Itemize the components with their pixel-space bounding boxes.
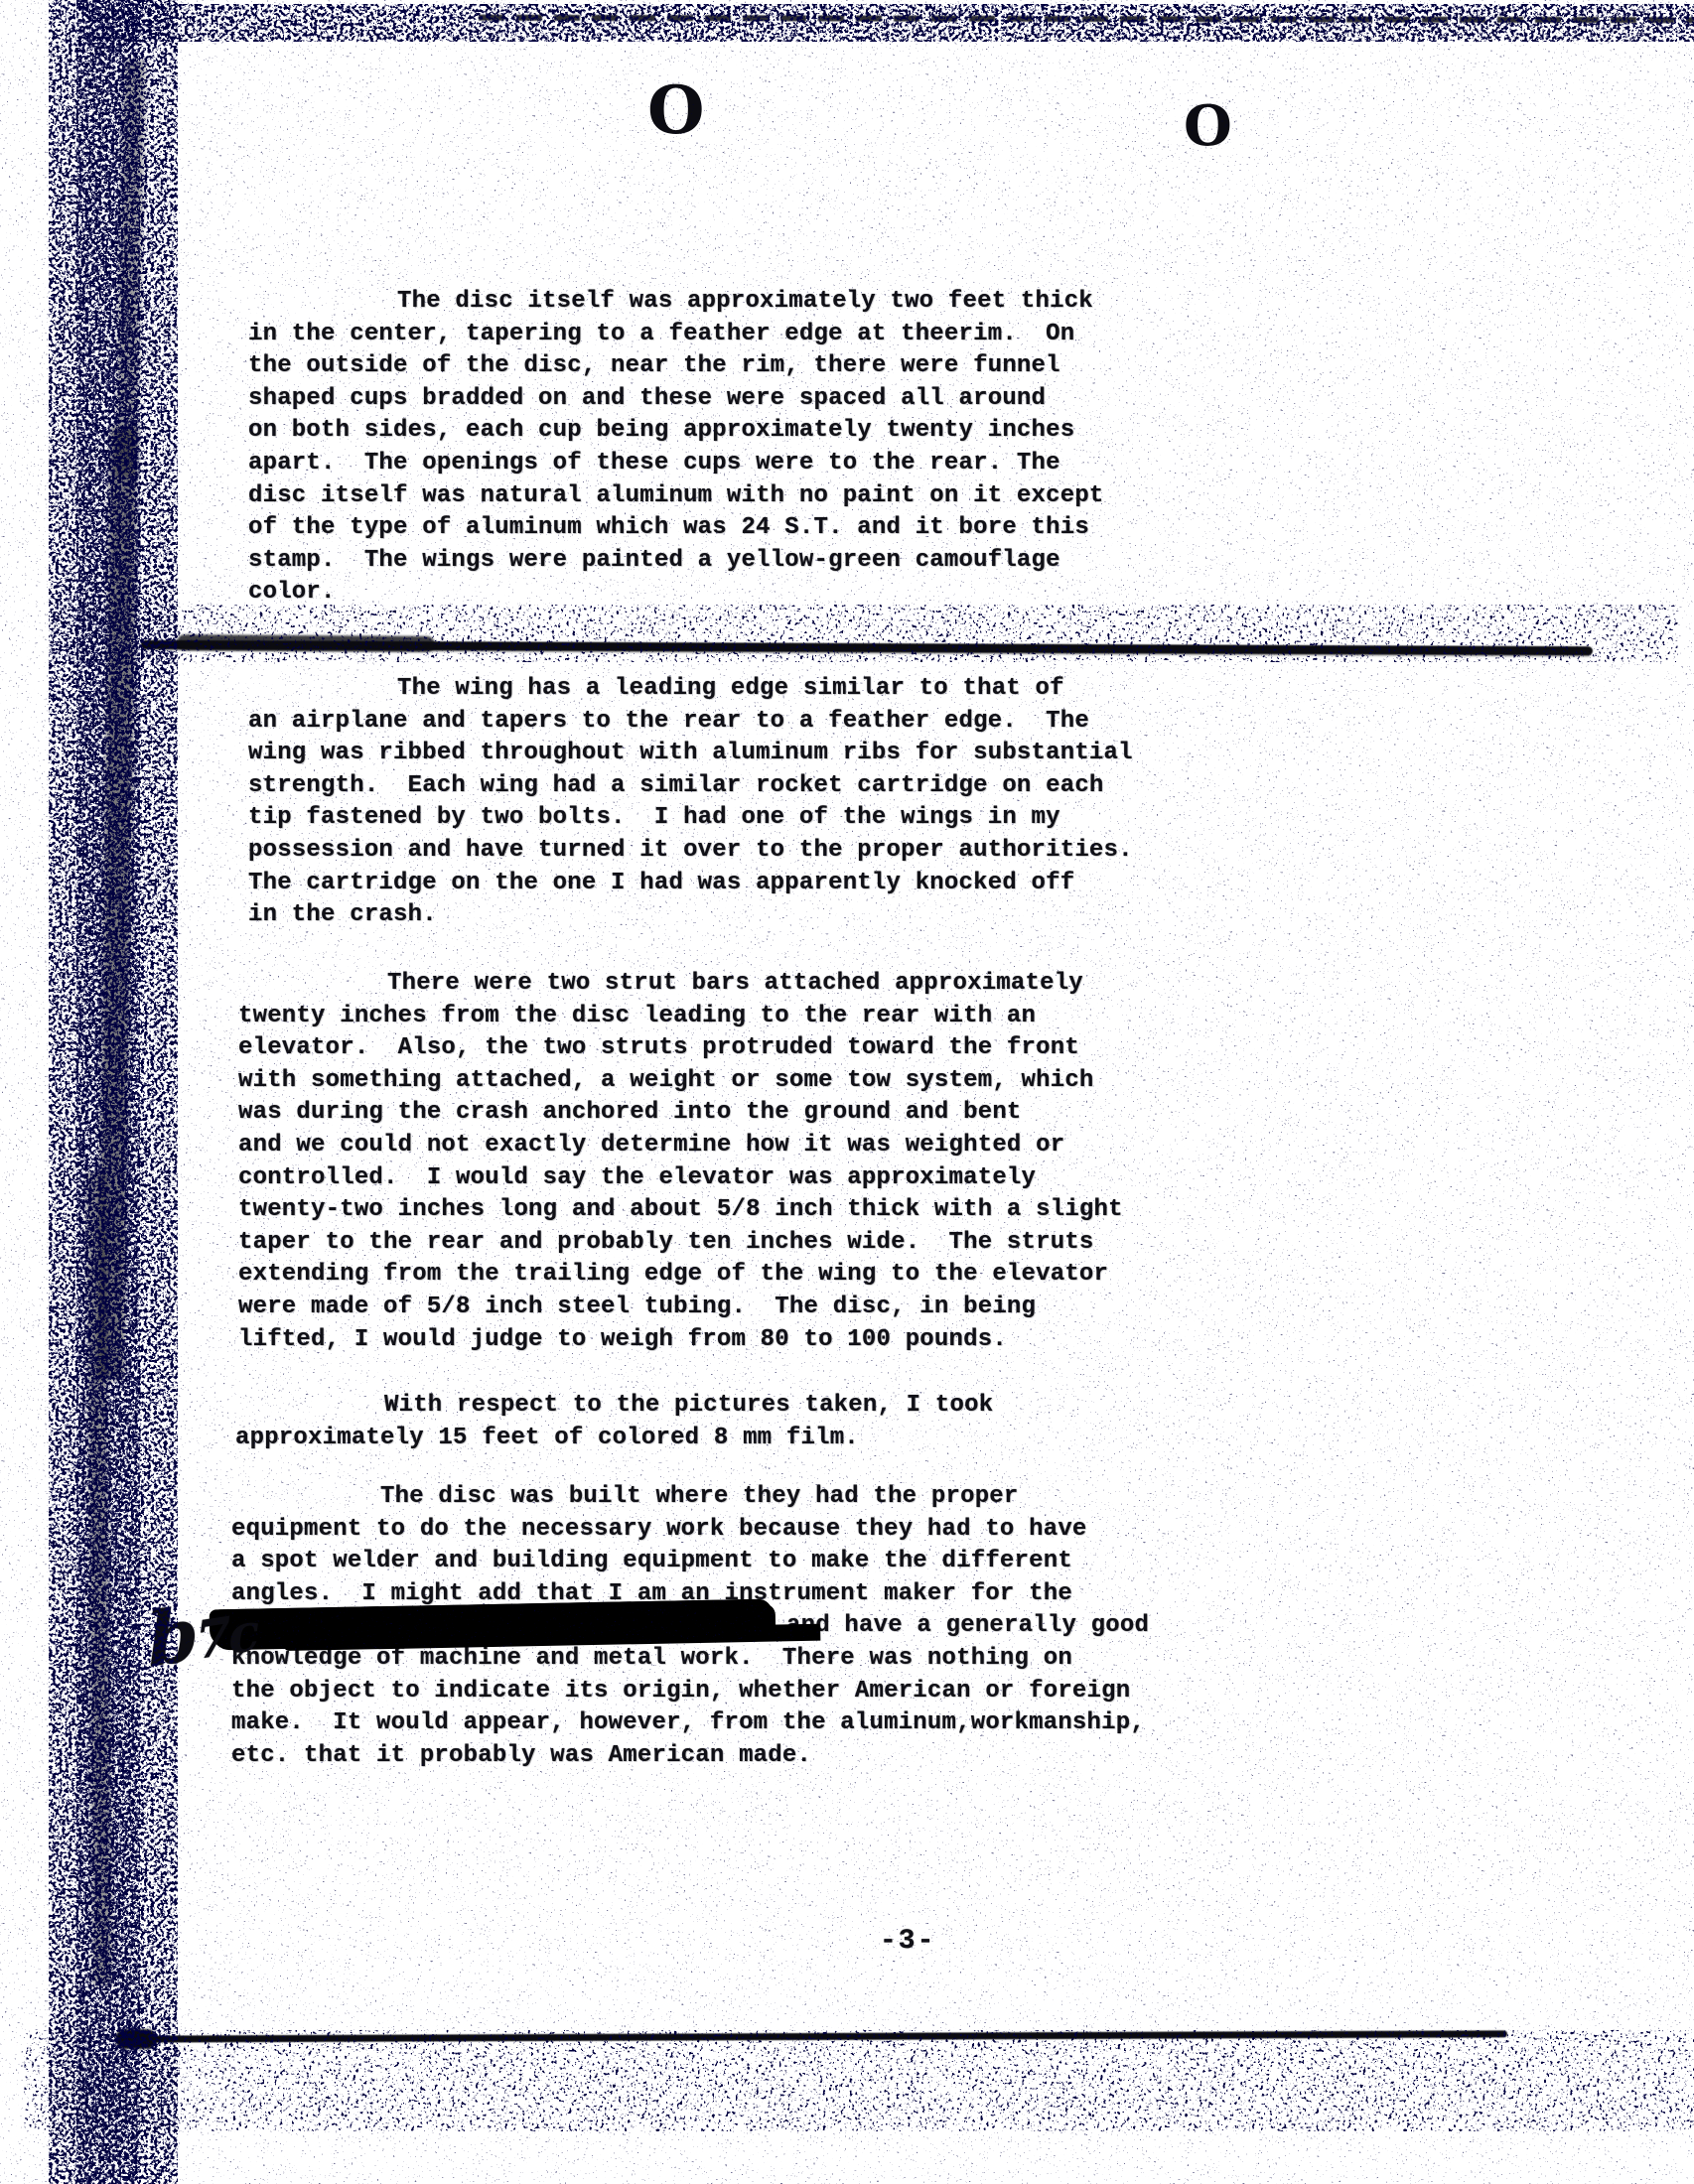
- text-line: make. It would appear, however, from the…: [231, 1707, 1149, 1740]
- text-line: With respect to the pictures taken, I to…: [235, 1390, 993, 1423]
- text-line: stamp. The wings were painted a yellow-g…: [248, 545, 1104, 578]
- text-line: in the crash.: [248, 899, 1133, 932]
- text-line: an airplane and tapers to the rear to a …: [248, 706, 1133, 739]
- text-line: and have a generally good: [786, 1610, 1149, 1643]
- text-line: possession and have turned it over to th…: [248, 835, 1133, 868]
- bottom-scan-line-end-blob: [115, 2029, 157, 2049]
- text-line: the object to indicate its origin, wheth…: [231, 1676, 1149, 1708]
- paragraph-5: The disc was built where they had the pr…: [231, 1481, 1149, 1772]
- left-binding-streak: [115, 60, 146, 477]
- text-line: was during the crash anchored into the g…: [238, 1097, 1123, 1130]
- text-line: elevator. Also, the two struts protruded…: [238, 1032, 1123, 1065]
- paragraph-2: The wing has a leading edge similar to t…: [248, 673, 1133, 932]
- left-binding-streak: [96, 427, 137, 1380]
- text-line: tip fastened by two bolts. I had one of …: [248, 802, 1133, 835]
- text-line: The wing has a leading edge similar to t…: [248, 673, 1133, 706]
- handwritten-b7c-annotation: b7c: [145, 1581, 258, 1685]
- text-line: were made of 5/8 inch steel tubing. The …: [238, 1292, 1123, 1324]
- mid-page-smudge-band: [124, 608, 1604, 659]
- text-line: and we could not exactly determine how i…: [238, 1130, 1123, 1162]
- text-line: The disc was built where they had the pr…: [231, 1481, 1149, 1514]
- redacted-text-line: and have a generally good: [231, 1610, 1149, 1643]
- text-line: The disc itself was approximately two fe…: [248, 286, 1104, 319]
- text-line: the outside of the disc, near the rim, t…: [248, 350, 1104, 383]
- text-line: in the center, tapering to a feather edg…: [248, 319, 1104, 351]
- text-line: etc. that it probably was American made.: [231, 1740, 1149, 1773]
- left-edge-scan-artifact-core: [79, 79, 137, 2105]
- paragraph-1: The disc itself was approximately two fe…: [248, 286, 1104, 610]
- text-line: equipment to do the necessary work becau…: [231, 1514, 1149, 1547]
- text-line: The cartridge on the one I had was appar…: [248, 868, 1133, 900]
- paragraph-3: There were two strut bars attached appro…: [238, 968, 1123, 1356]
- top-edge-scan-artifact: [164, 6, 1694, 40]
- text-line: taper to the rear and probably ten inche…: [238, 1227, 1123, 1260]
- text-line: shaped cups bradded on and these were sp…: [248, 383, 1104, 416]
- text-line: on both sides, each cup being approximat…: [248, 415, 1104, 448]
- text-line: strength. Each wing had a similar rocket…: [248, 770, 1133, 803]
- text-line: twenty-two inches long and about 5/8 inc…: [238, 1194, 1123, 1227]
- page-number: -3-: [880, 1926, 935, 1957]
- left-edge-scan-artifact: [55, 0, 172, 2129]
- text-line: There were two strut bars attached appro…: [238, 968, 1123, 1001]
- left-binding-streak: [85, 1171, 112, 1985]
- bottom-scan-line: [117, 2030, 1507, 2042]
- text-line: color.: [248, 577, 1104, 610]
- mid-page-smudge-blob: [177, 634, 435, 652]
- text-line: wing was ribbed throughout with aluminum…: [248, 738, 1133, 770]
- text-line: disc itself was natural aluminum with no…: [248, 480, 1104, 513]
- o-mark-right: O: [1184, 93, 1232, 159]
- text-line: a spot welder and building equipment to …: [231, 1546, 1149, 1578]
- top-edge-scan-line: [479, 15, 1694, 24]
- text-line: controlled. I would say the elevator was…: [238, 1162, 1123, 1195]
- bottom-edge-scan-artifact: [104, 2035, 1694, 2126]
- text-line: with something attached, a weight or som…: [238, 1065, 1123, 1098]
- text-line: apart. The openings of these cups were t…: [248, 448, 1104, 480]
- text-line: extending from the trailing edge of the …: [238, 1259, 1123, 1292]
- text-line: twenty inches from the disc leading to t…: [238, 1001, 1123, 1033]
- paragraph-4: With respect to the pictures taken, I to…: [235, 1390, 993, 1454]
- mid-page-smudge-line: [141, 640, 1593, 655]
- text-line: lifted, I would judge to weigh from 80 t…: [238, 1324, 1123, 1357]
- scanned-document-page: O O The disc itself was approximately tw…: [0, 0, 1694, 2184]
- text-line: of the type of aluminum which was 24 S.T…: [248, 512, 1104, 545]
- text-line: knowledge of machine and metal work. The…: [231, 1643, 1149, 1676]
- o-mark-left: O: [647, 71, 705, 149]
- text-line: approximately 15 feet of colored 8 mm fi…: [235, 1423, 993, 1455]
